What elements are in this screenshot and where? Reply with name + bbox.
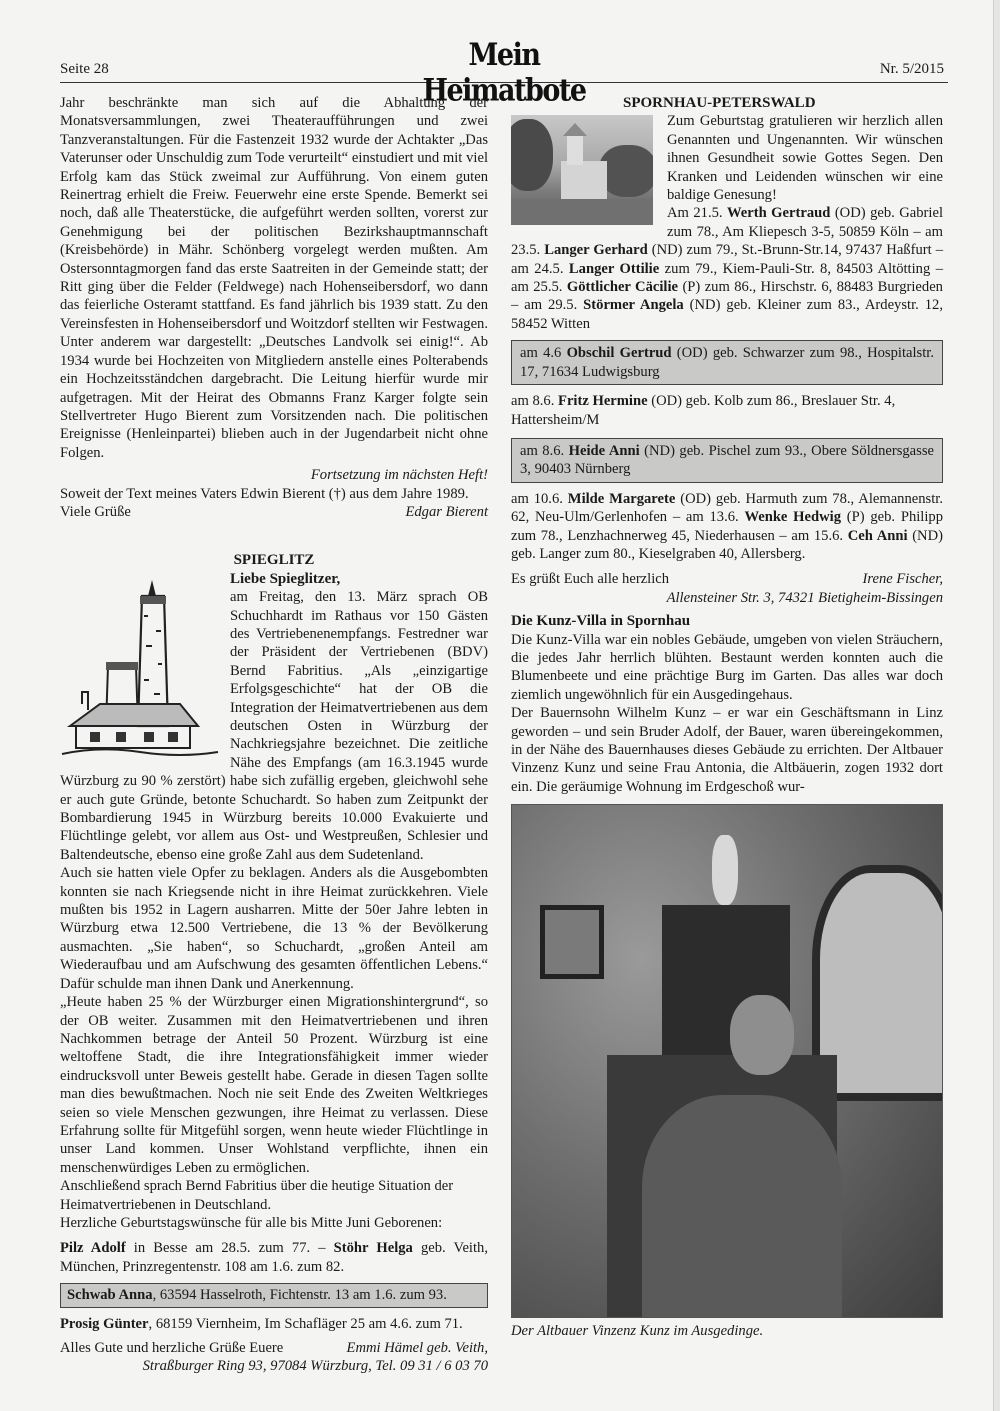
birthday-name: Prosig Günter: [60, 1316, 149, 1332]
greeting-line: Es grüßt Euch alle herzlich Irene Fische…: [511, 570, 943, 588]
left-column: Jahr beschränkte man sich auf die Abhalt…: [60, 94, 488, 1376]
spieglitz-paragraph: Anschließend sprach Bernd Fabritius über…: [60, 1177, 488, 1214]
closing-address: Straßburger Ring 93, 97084 Würzburg, Tel…: [60, 1357, 488, 1375]
birthday-entry: Prosig Günter, 68159 Viernheim, Im Schaf…: [60, 1315, 488, 1333]
section-title-spornhau: SPORNHAU-PETERSWALD: [511, 94, 943, 112]
birthday-name: Heide Anni: [569, 443, 640, 459]
birthday-name: Störmer Angela: [583, 297, 684, 313]
section-title-villa: Die Kunz-Villa in Spornhau: [511, 612, 943, 630]
birthday-details: in Besse am 28.5. zum 77. –: [126, 1240, 334, 1256]
birthday-name: Langer Gerhard: [544, 242, 647, 258]
date-text: am 8.6.: [511, 393, 558, 409]
villa-paragraph: Die Kunz-Villa war ein nobles Gebäude, u…: [511, 631, 943, 705]
highlighted-birthday-box: am 4.6 Obschil Gertrud (OD) geb. Schwarz…: [511, 340, 943, 385]
villa-paragraph: Der Bauernsohn Wilhelm Kunz – er war ein…: [511, 704, 943, 796]
closing-line: Alles Gute und herzliche Grüße Euere Emm…: [60, 1339, 488, 1357]
birthday-entry: Pilz Adolf in Besse am 28.5. zum 77. – S…: [60, 1239, 488, 1276]
birthday-name: Göttlicher Cäcilie: [567, 279, 678, 295]
greeting-text: Es grüßt Euch alle herzlich: [511, 570, 669, 588]
date-text: am 8.6.: [520, 443, 569, 459]
birthday-details: , 63594 Hasselroth, Fichtenstr. 13 am 1.…: [153, 1287, 447, 1303]
spieglitz-paragraph: Herzliche Geburtstagswünsche für alle bi…: [60, 1214, 488, 1232]
greeting-line: Viele Grüße Edgar Bierent: [60, 503, 488, 521]
birthday-name: Obschil Gertrud: [567, 345, 672, 361]
birthday-name: Fritz Hermine: [558, 393, 648, 409]
greeting-author: Edgar Bierent: [405, 503, 488, 521]
photo-caption: Der Altbauer Vinzenz Kunz im Ausgedinge.: [511, 1322, 943, 1340]
right-column: SPORNHAU-PETERSWALD Zum Geburtstag gratu…: [511, 94, 943, 1341]
article-continued-text: Jahr beschränkte man sich auf die Abhalt…: [60, 94, 488, 462]
birthday-name: Milde Margarete: [568, 491, 676, 507]
church-photo: [511, 115, 653, 225]
closing-author: Emmi Hämel geb. Veith,: [347, 1339, 488, 1357]
birthday-name: Wenke Hedwig: [744, 509, 841, 525]
date-text: am 4.6: [520, 345, 567, 361]
section-title-spieglitz: SPIEGLITZ: [60, 551, 488, 569]
birthday-name: Langer Ottilie: [569, 261, 659, 277]
page-edge: [993, 0, 1000, 1411]
birthday-name: Schwab Anna: [67, 1287, 153, 1303]
birthday-name: Pilz Adolf: [60, 1240, 126, 1256]
source-note: Soweit der Text meines Vaters Edwin Bier…: [60, 485, 488, 503]
continuation-note: Fortsetzung im nächsten Heft!: [60, 466, 488, 484]
greeting-text: Viele Grüße: [60, 503, 131, 521]
birthday-name: Werth Gertraud: [727, 205, 830, 221]
page-number: Seite 28: [60, 61, 109, 78]
greeting-address: Allensteiner Str. 3, 74321 Bietigheim-Bi…: [511, 589, 943, 607]
birthday-entry: am 8.6. Fritz Hermine (OD) geb. Kolb zum…: [511, 392, 943, 429]
birthday-details: , 68159 Viernheim, Im Schafläger 25 am 4…: [149, 1316, 463, 1332]
highlighted-birthday-box: Schwab Anna, 63594 Hasselroth, Fichtenst…: [60, 1283, 488, 1307]
spieglitz-paragraph: Auch sie hatten viele Opfer zu beklagen.…: [60, 864, 488, 993]
page-header: Seite 28 Mein Heimatbote Nr. 5/2015: [60, 46, 948, 83]
closing-text: Alles Gute und herzliche Grüße Euere: [60, 1339, 283, 1357]
greeting-author: Irene Fischer,: [862, 570, 943, 588]
birthday-name: Stöhr Helga: [334, 1240, 413, 1256]
issue-number: Nr. 5/2015: [880, 61, 944, 78]
birthday-name: Ceh Anni: [848, 528, 908, 544]
highlighted-birthday-box: am 8.6. Heide Anni (ND) geb. Pischel zum…: [511, 438, 943, 483]
birthday-list: am 10.6. Milde Margarete (OD) geb. Harmu…: [511, 490, 943, 564]
tower-illustration-icon: [60, 576, 220, 764]
portrait-photo: [511, 804, 943, 1318]
date-text: Am 21.5.: [667, 205, 727, 221]
spieglitz-paragraph: „Heute haben 25 % der Würzburger einen M…: [60, 993, 488, 1177]
date-text: am 10.6.: [511, 491, 568, 507]
